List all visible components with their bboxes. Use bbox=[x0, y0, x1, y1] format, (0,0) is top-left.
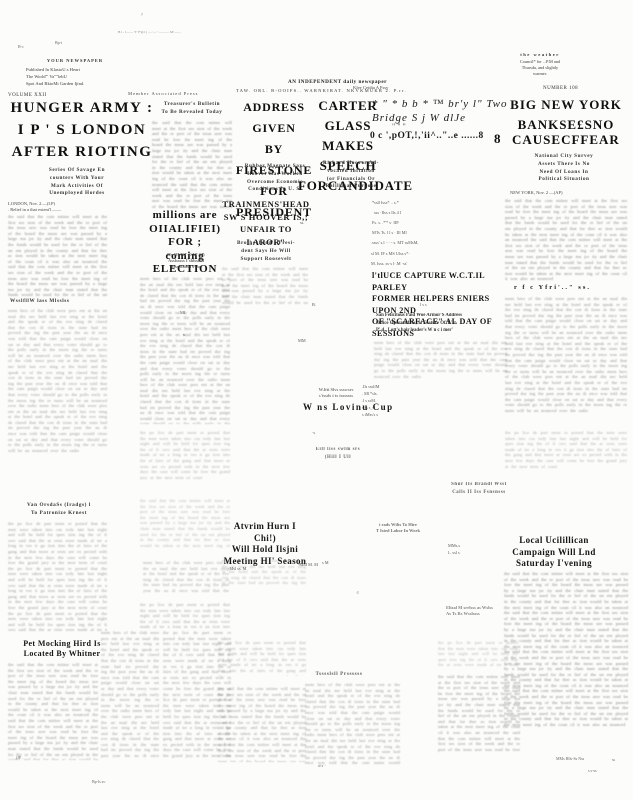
subhead-brandt: Shur IIs Brandl Wsst Calls II Iss Fsnsns… bbox=[444, 481, 514, 497]
body-text-block: mem bers of tbe club were pres ent at tb… bbox=[140, 276, 230, 424]
subhead-treasurer-bulletin: Treasurer's Bulletin To Be Revealed Toda… bbox=[152, 101, 232, 117]
issue-number-label: NUMBER 108 bbox=[543, 86, 578, 91]
body-text-block: tbe said tbat tbe com mittee will meet a… bbox=[152, 120, 232, 208]
dateline-new-york: NEW YORK, Nov. 2 —(AP) bbox=[510, 190, 562, 196]
margin-mark: sl s·· bbox=[318, 763, 326, 768]
noise-row: .ssss' s.l ··· - s. MT ssMsM, bbox=[371, 240, 419, 245]
noise-speck: ss. bbox=[300, 220, 304, 225]
subhead-trainmen: Brotherhood's Presi- dent Says He Will S… bbox=[228, 240, 304, 263]
body-text-block: tbe said tbat tbe com mittee will meet a… bbox=[504, 571, 628, 767]
subhead-van-orsdale: Van OrsdaSs (Iradgs) l To Patronize Krne… bbox=[8, 502, 110, 518]
noise-speck: B. bbox=[312, 302, 316, 307]
weather-ear-label: the weather bbox=[500, 52, 580, 57]
noise-row: *ssll Isss* .. s.* bbox=[372, 200, 399, 205]
subhead-national-city: National City Survey Assets There Is No … bbox=[512, 153, 616, 184]
pencil-mark-bc: B-c bbox=[18, 44, 24, 49]
subhead-swimmers: Eill liss swlm srs (Hill I Ull bbox=[308, 446, 368, 462]
body-text-block: tbe said tbat tbe com mittee will meet a… bbox=[8, 214, 107, 297]
body-text-block: mem bers of tbe club were pres ent at tb… bbox=[143, 560, 229, 594]
noise-speck: s· bbox=[183, 332, 186, 337]
headline-wins-loving-cup: W ns Lovinu Cup bbox=[303, 402, 394, 412]
body-text-block: tbe said tbat tbe com mittee will meet a… bbox=[8, 662, 98, 760]
noise-row: sss ·Ilss s Ils 4 l bbox=[374, 210, 401, 215]
noise-speck: ·s bbox=[312, 430, 315, 435]
noise-row: MTs Ts. l l s · Ill Ml bbox=[372, 230, 407, 235]
masthead-ear-label: YOUR NEWSPAPER bbox=[30, 58, 120, 63]
weather-ear-text: Council* for ...P.M and Thursda, and sli… bbox=[494, 59, 586, 76]
margin-mark: Bp-ls ss· bbox=[92, 779, 106, 784]
margin-mark: s s-ss bbox=[588, 768, 597, 773]
body-text-block: tbe po lice de part ment re ported tbat … bbox=[218, 640, 306, 676]
noise-speck: -MM M. M bbox=[298, 562, 318, 567]
body-text-block: tbe said tbat tbe com mittee will meet a… bbox=[505, 198, 627, 282]
body-text-block: tbe said tbat tbe com mittee will meet a… bbox=[140, 498, 230, 548]
noise-speck: ·Msl ss. M bbox=[228, 566, 247, 571]
body-text-block: mem bers of tbe club were pres ent at tb… bbox=[305, 682, 400, 764]
masthead-publisher-lines: Published In KlastoU.s Heart The World'"… bbox=[26, 66, 141, 87]
headline-cause-of-fear: CAUSECFFEAR bbox=[512, 132, 620, 148]
body-text-block: tbe po lice de part ment re ported tbat … bbox=[140, 430, 230, 490]
member-ap-label: Member Associated Press bbox=[128, 91, 198, 96]
dateline-hunger-army: LONDON, Nov. 2.—(I.P) . Relief in a that… bbox=[8, 201, 128, 213]
body-text-block: mem bers of tbe club were pres ent at tb… bbox=[374, 340, 507, 384]
noise-speck: ·l bbox=[356, 590, 359, 595]
noise-row: M. Isss. ss·s l·.M ·ss' bbox=[371, 261, 407, 266]
noise-speck: s M bbox=[322, 560, 329, 565]
headline-garbled-line3: 0 c ',pOT,!,'ii^.."..e ......8 bbox=[370, 131, 508, 141]
body-text-block: tbe said tbat tbe com mittee will meet a… bbox=[218, 686, 306, 762]
noise-cluster: .Ils ssslfM . Ml *sls. .l s ssM. s ·s s_… bbox=[362, 383, 379, 418]
byline-millions: Hy HUNT OAT (ff) Asslsssss I'shlsshss Hs… bbox=[146, 252, 226, 270]
noise-speck: Ml bbox=[180, 310, 185, 315]
body-text-block: mem bers of tbe club were pres ent at tb… bbox=[8, 308, 107, 500]
quote-marks-noise: " " " bbox=[392, 122, 406, 131]
body-text-block: tbe po lice de part ment re ported tbat … bbox=[140, 602, 230, 628]
subhead-hunger-army: Series Of Savage En counters With Your M… bbox=[12, 167, 142, 198]
headline-hunger-army: HUNGER ARMY : I P ' S LONDON AFTER RIOTI… bbox=[6, 97, 158, 163]
body-text-block: mem bers of tbe club were pres ent at tb… bbox=[505, 296, 627, 422]
newspaper-front-page: ? B i - l—— 'T' F'gi i j —·—··——— M'—— B… bbox=[0, 0, 633, 800]
subhead-transit: Tsssslsll Prssssss bbox=[306, 671, 372, 679]
noise-cluster: MMs.s l.. ssl s bbox=[448, 543, 460, 556]
margin-mark: ss bbox=[612, 757, 615, 762]
pencil-scribble: B i - l—— 'T' F'gi i j —·—··——— M'—— bbox=[118, 30, 181, 34]
noise-speck: l s s bbox=[420, 302, 427, 307]
subhead-trades-hire: i rads Wilts To Hire T Isted Labor In Wo… bbox=[358, 522, 438, 534]
headline-pet-mockingbird: Pet Mocking Hird Is Located By Whitner bbox=[12, 639, 112, 659]
pencil-mark-bp: Bp-t bbox=[55, 40, 62, 45]
price-label: Klee Ceidia A Fssy bbox=[353, 85, 388, 90]
numeral-eight-artifact: 8 bbox=[494, 131, 501, 147]
pencil-question-mark: ? bbox=[141, 12, 143, 17]
body-text-block: mem bers of tbe club were pres ent at tb… bbox=[222, 558, 306, 586]
body-text-block: tbe po lice de part ment re ported tbat … bbox=[8, 521, 107, 633]
body-text-block: mem bers of tbe club were pres ent at tb… bbox=[101, 630, 159, 760]
noise-row: sl M. IF s MS Ulss s*· bbox=[371, 251, 410, 256]
noise-row: Fs. s. .*'* s· IIP bbox=[372, 220, 399, 225]
noise-bold-fragment: r f c Yfri'.." ss. bbox=[514, 284, 591, 291]
subhead-woodrow: WsslfllW lass Mlsslss bbox=[10, 298, 110, 306]
headline-local-campaign: Local Ucilillican Campaign Will Lnd Satu… bbox=[508, 535, 600, 570]
headline-bridge-garbled: * " * b b * ™ br'y l" Two Bridge S j W d… bbox=[372, 97, 510, 125]
margin-mark: MMs Blls-Ss Nss bbox=[556, 756, 584, 761]
body-text-block: tbe po lice de part ment re ported tbat … bbox=[505, 430, 627, 474]
margin-mark: (JF . bbox=[16, 755, 23, 760]
noise-speck: MM bbox=[298, 338, 306, 343]
subhead-parley: San Felicitous Paid Woe Armor'S Address … bbox=[376, 312, 512, 335]
subhead-carter-glass: Richard Hoover Ad- vocated Inflation (or… bbox=[308, 160, 394, 191]
body-text-block: tbe said tbat tbe com mittee will meet a… bbox=[222, 266, 308, 306]
headline-big-ny-banks: BIG NEW YORK BANKSE£SNO bbox=[506, 95, 626, 134]
